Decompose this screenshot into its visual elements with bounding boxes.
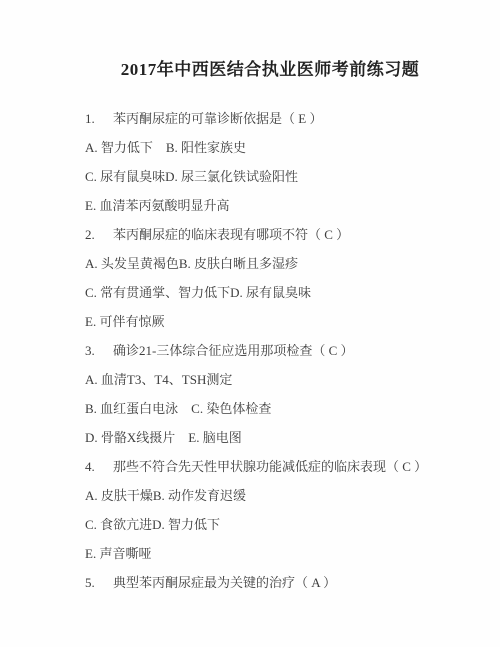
question-5: 5.典型苯丙酮尿症最为关键的治疗（ A ） — [85, 568, 470, 597]
question-1-option-line: E. 血清苯丙氨酸明显升高 — [85, 191, 470, 220]
document-title: 2017年中西医结合执业医师考前练习题 — [0, 0, 500, 82]
question-stem: 那些不符合先天性甲状腺功能减低症的临床表现（ C ） — [113, 459, 427, 474]
question-3-option-line: D. 骨骼X线摄片 E. 脑电图 — [85, 423, 470, 452]
question-3: 3.确诊21-三体综合征应选用那项检查（ C ） A. 血清T3、T4、TSH测… — [85, 336, 470, 452]
question-1-option-line: A. 智力低下 B. 阳性家族史 — [85, 133, 470, 162]
question-1-stem-line: 1.苯丙酮尿症的可靠诊断依据是（ E ） — [85, 104, 470, 133]
question-3-option-line: A. 血清T3、T4、TSH测定 — [85, 365, 470, 394]
question-stem: 典型苯丙酮尿症最为关键的治疗（ A ） — [113, 575, 336, 590]
question-number: 4. — [85, 452, 113, 481]
question-4-option-line: E. 声音嘶哑 — [85, 539, 470, 568]
question-2-stem-line: 2.苯丙酮尿症的临床表现有哪项不符（ C ） — [85, 220, 470, 249]
question-2-option-line: E. 可伴有惊厥 — [85, 307, 470, 336]
question-stem: 苯丙酮尿症的临床表现有哪项不符（ C ） — [113, 227, 349, 242]
question-3-option-line: B. 血红蛋白电泳 C. 染色体检查 — [85, 394, 470, 423]
question-3-stem-line: 3.确诊21-三体综合征应选用那项检查（ C ） — [85, 336, 470, 365]
question-4-option-line: C. 食欲亢进D. 智力低下 — [85, 510, 470, 539]
question-4: 4.那些不符合先天性甲状腺功能减低症的临床表现（ C ） A. 皮肤干燥B. 动… — [85, 452, 470, 568]
question-4-stem-line: 4.那些不符合先天性甲状腺功能减低症的临床表现（ C ） — [85, 452, 470, 481]
question-5-stem-line: 5.典型苯丙酮尿症最为关键的治疗（ A ） — [85, 568, 470, 597]
question-1: 1.苯丙酮尿症的可靠诊断依据是（ E ） A. 智力低下 B. 阳性家族史 C.… — [85, 104, 470, 220]
question-2-option-line: A. 头发呈黄褐色B. 皮肤白晰且多湿疹 — [85, 249, 470, 278]
question-number: 5. — [85, 568, 113, 597]
question-stem: 苯丙酮尿症的可靠诊断依据是（ E ） — [113, 111, 322, 126]
question-number: 3. — [85, 336, 113, 365]
question-1-option-line: C. 尿有鼠臭味D. 尿三氯化铁试验阳性 — [85, 162, 470, 191]
question-4-option-line: A. 皮肤干燥B. 动作发育迟缓 — [85, 481, 470, 510]
question-number: 2. — [85, 220, 113, 249]
exam-document-page: 2017年中西医结合执业医师考前练习题 1.苯丙酮尿症的可靠诊断依据是（ E ）… — [0, 0, 500, 647]
document-body: 1.苯丙酮尿症的可靠诊断依据是（ E ） A. 智力低下 B. 阳性家族史 C.… — [0, 104, 500, 597]
question-2-option-line: C. 常有贯通掌、智力低下D. 尿有鼠臭味 — [85, 278, 470, 307]
question-2: 2.苯丙酮尿症的临床表现有哪项不符（ C ） A. 头发呈黄褐色B. 皮肤白晰且… — [85, 220, 470, 336]
question-number: 1. — [85, 104, 113, 133]
question-stem: 确诊21-三体综合征应选用那项检查（ C ） — [113, 343, 354, 358]
